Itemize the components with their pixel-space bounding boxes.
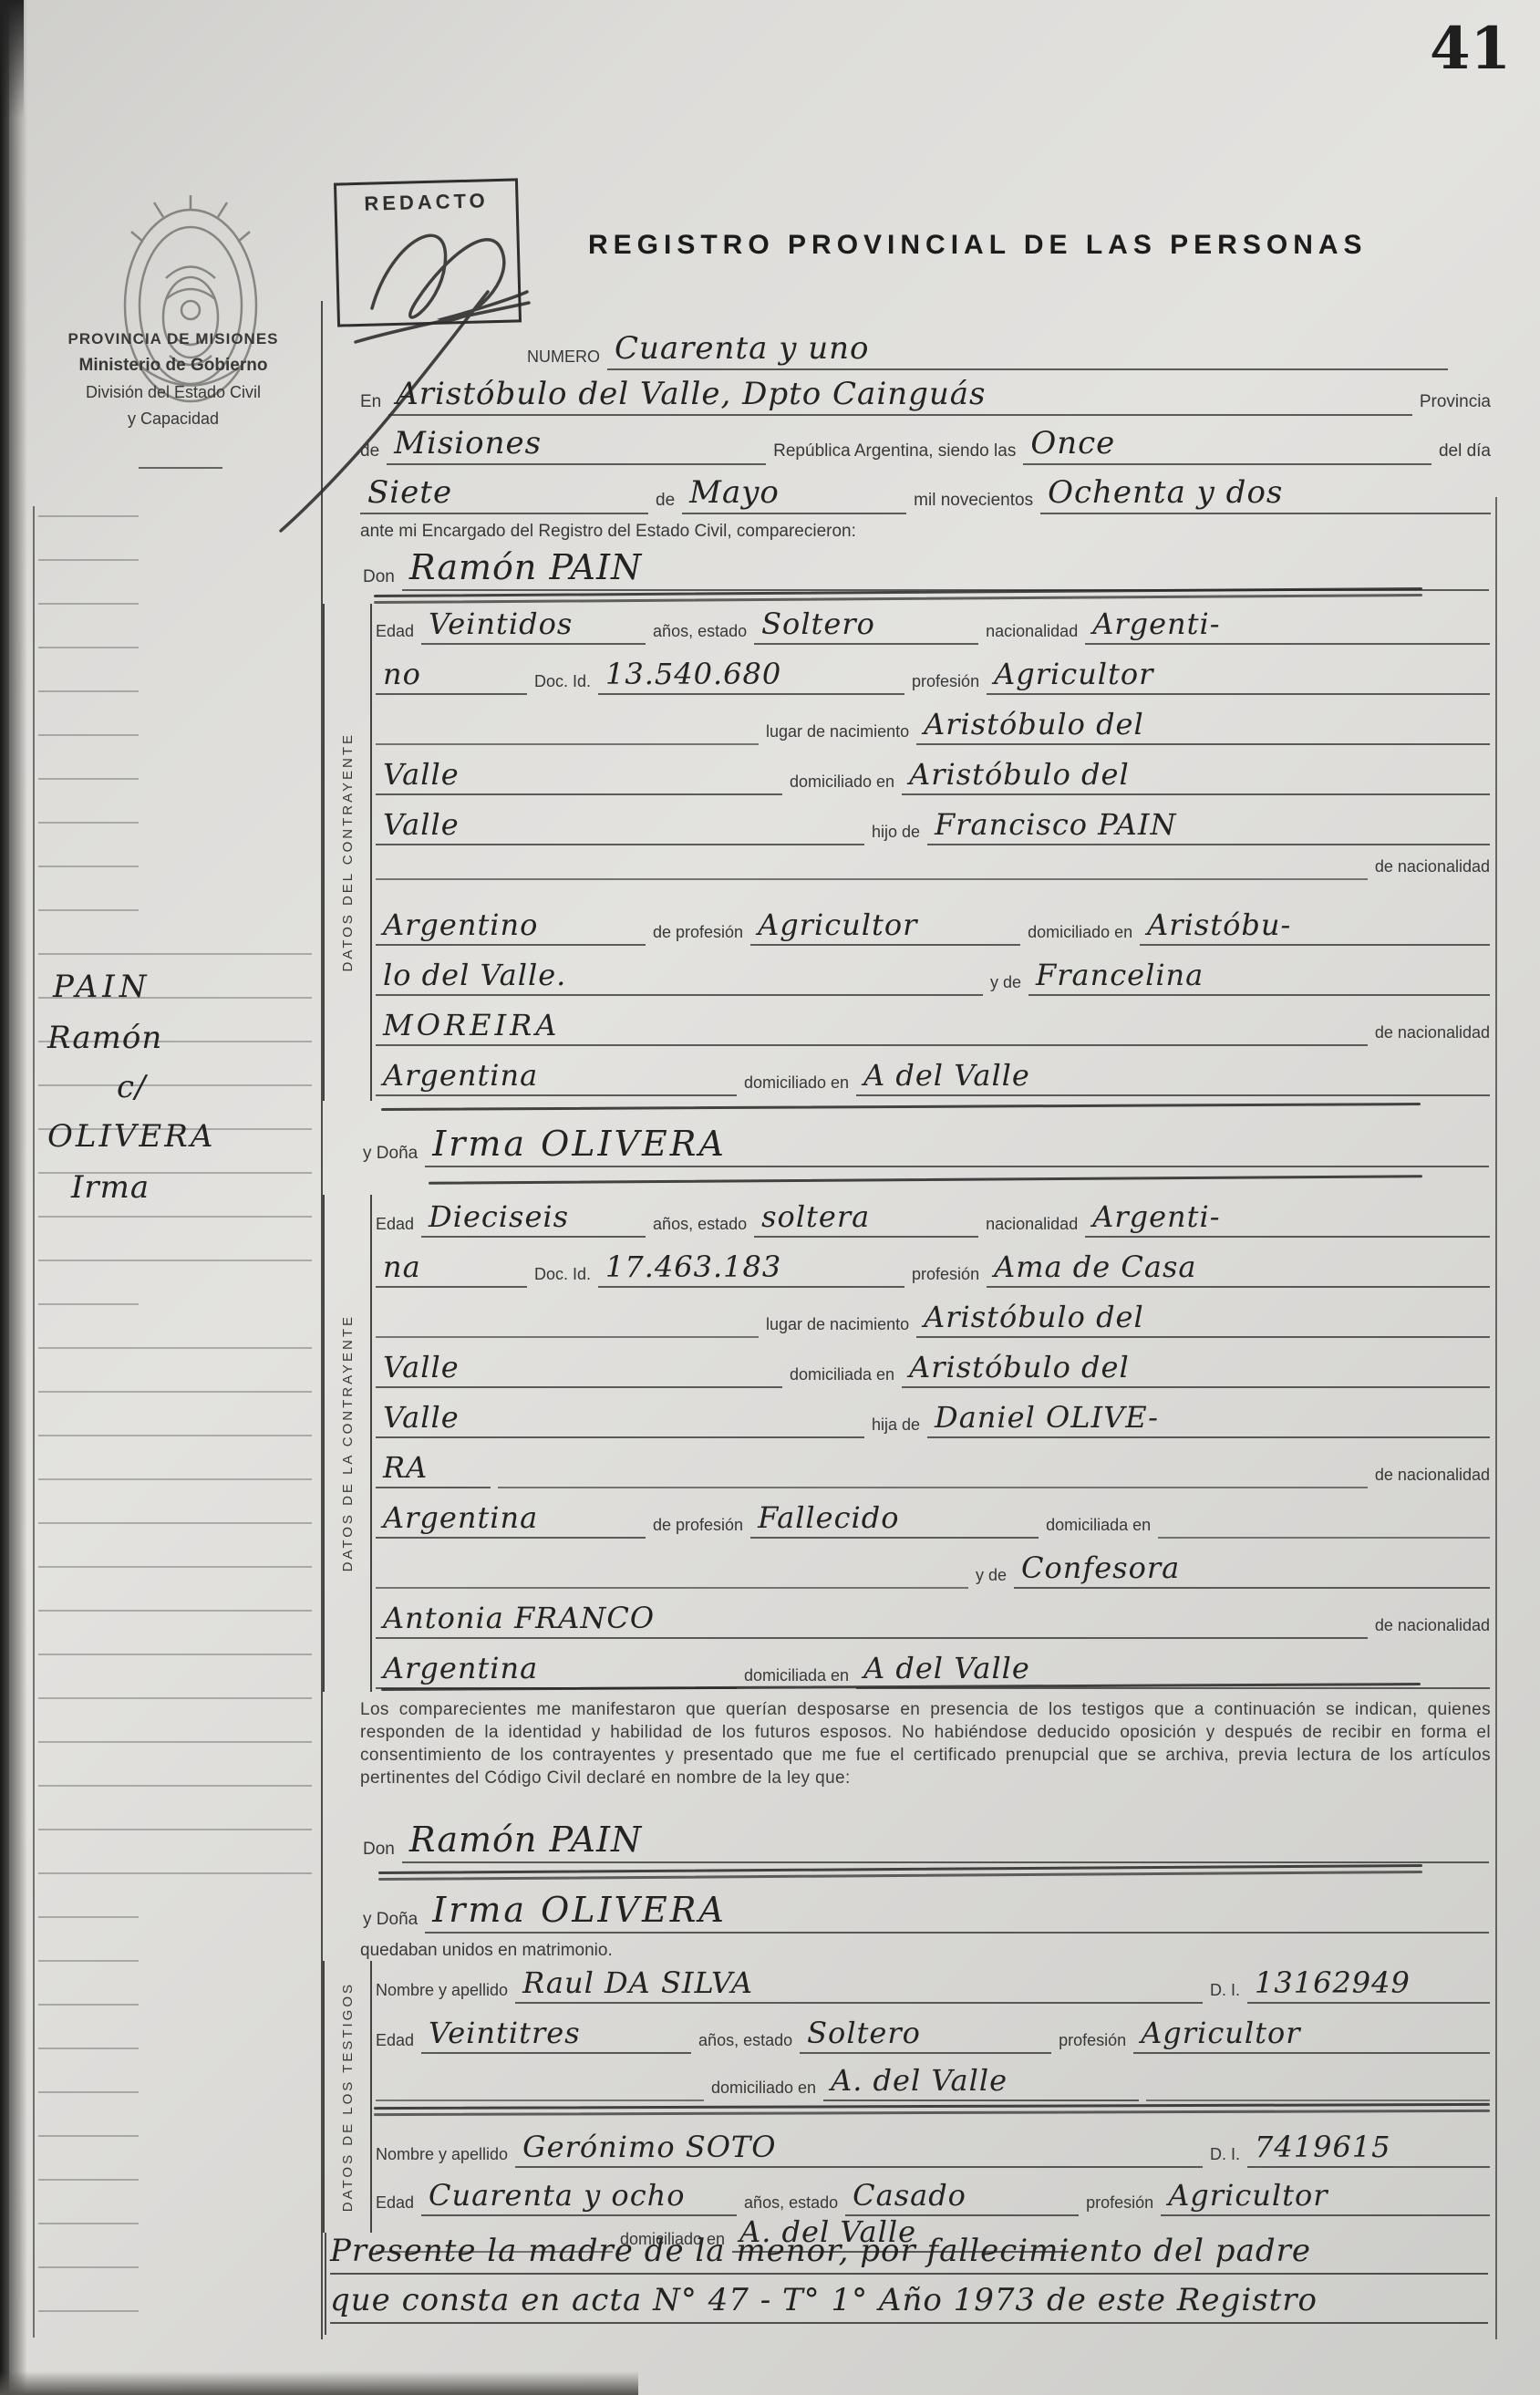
witness1-name-value: Raul DA SILVA: [515, 1965, 1203, 2004]
edad-label: Edad: [376, 2193, 414, 2213]
marginal-note-line-1: Presente la madre de la menor, por falle…: [330, 2233, 1488, 2275]
margin-rule-line: [38, 822, 139, 824]
bride-domicilio-cont: Valle: [376, 1400, 864, 1438]
witness1-di-value: 13162949: [1247, 1965, 1490, 2004]
profesion-label: profesión: [912, 1265, 979, 1284]
margin-rule-line: [38, 1785, 312, 1787]
margin-rule-line: [38, 1566, 312, 1568]
margin-rule-line: [38, 2179, 139, 2181]
witness1-estado-value: Soltero: [800, 2016, 1051, 2054]
estado-label: años, estado: [698, 2031, 792, 2050]
lugar-nacimiento-label: lugar de nacimiento: [766, 1315, 909, 1334]
groom-row-domicilio: Valle domiciliado en Aristóbulo del: [376, 757, 1490, 795]
bride-doc-value: 17.463.183: [598, 1249, 904, 1288]
bride-nacionalidad-cont: na: [376, 1249, 527, 1288]
groom-doc-value: 13.540.680: [598, 657, 904, 695]
margin-rule-line: [38, 1478, 312, 1480]
margin-rule-line: [38, 2266, 139, 2268]
bride-nacimiento-cont: Valle: [376, 1350, 782, 1388]
witness1-row-name: Nombre y apellido Raul DA SILVA D. I. 13…: [376, 1965, 1490, 2004]
bride-madre-value: Confesora: [1014, 1550, 1490, 1589]
month-value: Mayo: [682, 474, 906, 514]
side-label-bride-text: DATOS DE LA CONTRAYENTE: [340, 1314, 356, 1571]
groom-estado-value: Soltero: [754, 607, 978, 645]
margin-rule-line: [38, 1697, 312, 1699]
margin-border: [33, 506, 35, 2338]
bride-name-value: Irma OLIVERA: [425, 1124, 1489, 1167]
margin-rule-line: [38, 1741, 312, 1743]
blank-rule: [376, 871, 1368, 880]
groom-madre-value: Francelina: [1028, 958, 1490, 996]
note-left-border: [325, 2233, 326, 2335]
margin-name-given-groom: Ramón: [47, 1020, 162, 1056]
groom-domicilio-cont: Valle: [376, 807, 864, 845]
groom-domicilio-value: Aristóbulo del: [902, 757, 1490, 795]
margin-rule-line: [38, 1435, 312, 1436]
estado-label: años, estado: [653, 622, 747, 641]
nacionalidad-label: nacionalidad: [986, 622, 1078, 641]
nombre-apellido-label: Nombre y apellido: [376, 1981, 508, 2000]
domiciliado-label: domiciliado en: [711, 2079, 816, 2098]
de-nacionalidad-label: de nacionalidad: [1375, 1466, 1490, 1485]
domiciliado-label: domiciliado en: [744, 1073, 849, 1093]
bride-nacionalidad-value: Argenti-: [1085, 1199, 1490, 1238]
witness2-edad-value: Cuarenta y ocho: [421, 2178, 737, 2216]
margin-rule-line: [38, 515, 139, 517]
groom-row-padre-datos: Argentino de profesión Agricultor domici…: [376, 907, 1490, 946]
nombre-apellido-label: Nombre y apellido: [376, 2145, 508, 2164]
margin-rule-line: [38, 953, 312, 955]
nacionalidad-label: nacionalidad: [986, 1215, 1078, 1234]
binding-edge: [0, 0, 9, 2395]
declared-groom-value: Ramón PAIN: [402, 1820, 1489, 1863]
margin-rule-line: [38, 1084, 312, 1086]
witness1-edad-value: Veintitres: [421, 2016, 691, 2054]
office-line-3: División del Estado Civil: [36, 383, 310, 402]
groom-row-doc: no Doc. Id. 13.540.680 profesión Agricul…: [376, 657, 1490, 695]
groom-row-madre-dom: Argentina domiciliado en A del Valle: [376, 1058, 1490, 1096]
bride-estado-value: soltera: [754, 1199, 978, 1238]
groom-nacimiento-value: Aristóbulo del: [916, 707, 1490, 745]
groom-row-nac-padre: de nacionalidad: [376, 857, 1490, 880]
margin-rule-line: [38, 1916, 139, 1918]
profesion-label: profesión: [912, 672, 979, 691]
doc-id-label: Doc. Id.: [534, 1265, 591, 1284]
estado-label: años, estado: [744, 2193, 838, 2213]
margin-rule-line: [38, 559, 139, 561]
provincia-label: Provincia: [1420, 392, 1491, 412]
edad-label: Edad: [376, 1215, 414, 1234]
groom-nacimiento-cont: Valle: [376, 757, 782, 795]
bride-row-padre: Valle hija de Daniel OLIVE-: [376, 1400, 1490, 1438]
ante-mi-label: ante mi Encargado del Registro del Estad…: [360, 522, 856, 542]
margin-rule-line: [38, 2091, 139, 2093]
groom-madre-apellido: MOREIRA: [376, 1008, 1368, 1046]
en-label: En: [360, 392, 381, 412]
margin-name-surname-groom: PAIN: [53, 969, 151, 1005]
di-label: D. I.: [1210, 2145, 1240, 2164]
bride-row-madre: y de Confesora: [376, 1550, 1490, 1589]
declaration-paragraph: Los comparecientes me manifestaron que q…: [360, 1698, 1491, 1789]
padre-domicilio-value: Aristóbu-: [1140, 907, 1490, 946]
office-line-4: y Capacidad: [36, 410, 310, 429]
del-dia-label: del día: [1439, 441, 1491, 461]
day-value: Siete: [360, 474, 648, 514]
bride-edad-value: Dieciseis: [421, 1199, 646, 1238]
groom-profesion-value: Agricultor: [987, 657, 1490, 695]
witness2-estado-value: Casado: [845, 2178, 1079, 2216]
witness1-profesion-value: Agricultor: [1133, 2016, 1490, 2054]
field-declared-groom: Don Ramón PAIN: [363, 1820, 1489, 1863]
side-label-groom: DATOS DEL CONTRAYENTE: [323, 604, 372, 1101]
margin-name-versus: c/: [117, 1069, 147, 1105]
field-place: En Aristóbulo del Valle, Dpto Cainguás P…: [360, 376, 1491, 416]
de-nacionalidad-label: de nacionalidad: [1375, 1616, 1490, 1635]
groom-padre-value: Francisco PAIN: [927, 807, 1490, 845]
groom-nacionalidad-cont: no: [376, 657, 527, 695]
de-nacionalidad-label: de nacionalidad: [1375, 857, 1490, 876]
side-label-groom-text: DATOS DEL CONTRAYENTE: [340, 732, 356, 971]
republica-label: República Argentina, siendo las: [773, 441, 1016, 461]
witness-separator: [374, 2103, 1490, 2110]
numero-value: Cuarenta y uno: [607, 330, 1448, 370]
margin-rule-line: [38, 1522, 312, 1524]
margin-rule-line: [38, 2223, 139, 2224]
domiciliado-label: domiciliado en: [1028, 923, 1132, 942]
form-right-border: [1495, 497, 1497, 2339]
marginal-note-line-2: que consta en acta N° 47 - T° 1° Año 197…: [330, 2282, 1488, 2324]
y-dona-label: y Doña: [363, 1144, 418, 1164]
edad-label: Edad: [376, 2031, 414, 2050]
margin-rule-line: [38, 1347, 312, 1349]
de2-label: de: [656, 491, 675, 511]
bride-row-edad: Edad Dieciseis años, estado soltera naci…: [376, 1199, 1490, 1238]
groom-edad-value: Veintidos: [421, 607, 646, 645]
hija-de-label: hija de: [872, 1415, 920, 1435]
page-number: 41: [1430, 15, 1511, 83]
office-line-1: PROVINCIA DE MISIONES: [36, 330, 310, 348]
blank-rule: [1158, 1529, 1490, 1539]
field-date: Siete de Mayo mil novecientos Ochenta y …: [360, 474, 1491, 514]
bride-row-padre-datos: Argentina de profesión Fallecido domicil…: [376, 1500, 1490, 1539]
profesion-label: profesión: [1086, 2193, 1153, 2213]
bride-madre-apellido: Antonia FRANCO: [376, 1601, 1368, 1639]
scribble-stroke: [429, 1175, 1422, 1185]
side-label-witnesses: DATOS DE LOS TESTIGOS: [323, 1961, 372, 2233]
margin-rule-line: [38, 1391, 312, 1393]
domiciliado-label: domiciliado en: [790, 772, 894, 792]
place-value: Aristóbulo del Valle, Dpto Cainguás: [388, 376, 1412, 416]
madre-nacionalidad-value: Argentina: [376, 1651, 737, 1689]
estado-label: años, estado: [653, 1215, 747, 1234]
bride-row-nac-padre: RA de nacionalidad: [376, 1450, 1490, 1488]
y-de-label: y de: [976, 1566, 1007, 1585]
padre-profesion-value: Fallecido: [750, 1500, 1039, 1539]
scribble-stroke: [378, 1864, 1422, 1874]
groom-row-madre: lo del Valle. y de Francelina: [376, 958, 1490, 996]
province-value: Misiones: [387, 425, 766, 465]
bride-padre-cont: RA: [376, 1450, 491, 1488]
witness1-row-domicilio: domiciliado en A. del Valle: [376, 2063, 1490, 2101]
margin-rule-line: [38, 1654, 312, 1655]
blank-rule: [498, 1479, 1368, 1488]
witness1-domicilio-value: A. del Valle: [823, 2063, 1139, 2101]
field-numero: NUMERO Cuarenta y uno: [527, 330, 1448, 370]
margin-rule-line: [38, 734, 139, 736]
groom-row-padre: Valle hijo de Francisco PAIN: [376, 807, 1490, 845]
united-label: quedaban unidos en matrimonio.: [360, 1941, 613, 1961]
margin-rule-line: [38, 1216, 312, 1218]
padre-nacionalidad-value: Argentino: [376, 907, 646, 946]
witness2-row-edad: Edad Cuarenta y ocho años, estado Casado…: [376, 2178, 1490, 2216]
padre-profesion-value: Agricultor: [750, 907, 1020, 946]
numero-label: NUMERO: [527, 347, 600, 367]
blank-rule: [1146, 2092, 1490, 2101]
groom-name-value: Ramón PAIN: [402, 547, 1489, 591]
edad-label: Edad: [376, 622, 414, 641]
margin-rule-line: [38, 690, 139, 692]
margin-rule-line: [38, 603, 139, 605]
groom-row-madre2: MOREIRA de nacionalidad: [376, 1008, 1490, 1046]
padre-domicilio-cont: lo del Valle.: [376, 958, 983, 996]
side-label-witnesses-text: DATOS DE LOS TESTIGOS: [340, 1982, 356, 2212]
witness2-name-value: Gerónimo SOTO: [515, 2130, 1203, 2168]
bride-row-nacimiento: lugar de nacimiento Aristóbulo del: [376, 1300, 1490, 1338]
office-line-2: Ministerio de Gobierno: [36, 356, 310, 376]
witness2-row-name: Nombre y apellido Gerónimo SOTO D. I. 74…: [376, 2130, 1490, 2168]
di-label: D. I.: [1210, 1981, 1240, 2000]
lugar-nacimiento-label: lugar de nacimiento: [766, 722, 909, 741]
margin-rule-line: [38, 2135, 139, 2137]
de-profesion-label: de profesión: [653, 923, 743, 942]
margin-rule-line: [38, 866, 139, 867]
office-rule: [139, 467, 222, 469]
scanned-document-page: 41 REDACTO REGISTRO PROVINCIAL DE LAS PE…: [0, 0, 1540, 2395]
madre-nacionalidad-value: Argentina: [376, 1058, 737, 1096]
corner-shadow: [0, 0, 24, 119]
margin-rule-line: [38, 2004, 139, 2006]
groom-nacionalidad-value: Argenti-: [1085, 607, 1490, 645]
witness1-row-edad: Edad Veintitres años, estado Soltero pro…: [376, 2016, 1490, 2054]
blank-rule: [376, 736, 759, 745]
y-de-label: y de: [990, 973, 1021, 992]
declared-bride-value: Irma OLIVERA: [425, 1890, 1489, 1934]
don-label: Don: [363, 567, 395, 587]
domiciliada-label: domiciliada en: [1046, 1516, 1151, 1535]
margin-rule-line: [38, 778, 139, 780]
bride-domicilio-value: Aristóbulo del: [902, 1350, 1490, 1388]
side-label-bride: DATOS DE LA CONTRAYENTE: [323, 1195, 372, 1692]
don-label: Don: [363, 1840, 395, 1860]
witness2-di-value: 7419615: [1247, 2130, 1490, 2168]
witness2-profesion-value: Agricultor: [1161, 2178, 1490, 2216]
bride-padre-value: Daniel OLIVE-: [927, 1400, 1490, 1438]
y-dona-label: y Doña: [363, 1910, 418, 1930]
profesion-label: profesión: [1059, 2031, 1126, 2050]
doc-id-label: Doc. Id.: [534, 672, 591, 691]
bride-row-doc: na Doc. Id. 17.463.183 profesión Ama de …: [376, 1249, 1490, 1288]
margin-rule-line: [38, 1872, 312, 1874]
margin-name-surname-bride: OLIVERA: [47, 1118, 215, 1155]
margin-rule-line: [38, 2310, 139, 2312]
de-profesion-label: de profesión: [653, 1516, 743, 1535]
de-label: de: [360, 441, 379, 461]
bottom-edge-shadow: [0, 2371, 638, 2395]
margin-rule-line: [38, 2048, 139, 2049]
field-bride-name: y Doña Irma OLIVERA: [363, 1124, 1489, 1167]
blank-rule: [376, 1580, 968, 1589]
de-nacionalidad-label: de nacionalidad: [1375, 1023, 1490, 1042]
domiciliada-label: domiciliada en: [744, 1666, 849, 1685]
margin-rule-line: [38, 647, 139, 648]
bride-nacimiento-value: Aristóbulo del: [916, 1300, 1490, 1338]
margin-rule-line: [38, 909, 139, 911]
margin-name-given-bride: Irma: [71, 1169, 150, 1206]
bride-row-domicilio: Valle domiciliada en Aristóbulo del: [376, 1350, 1490, 1388]
field-declared-bride: y Doña Irma OLIVERA: [363, 1890, 1489, 1934]
year-value: Ochenta y dos: [1040, 474, 1491, 514]
hijo-de-label: hijo de: [872, 823, 920, 842]
bride-profesion-value: Ama de Casa: [987, 1249, 1490, 1288]
domiciliada-label: domiciliada en: [790, 1365, 894, 1384]
field-province: de Misiones República Argentina, siendo …: [360, 425, 1491, 465]
blank-rule: [376, 1329, 759, 1338]
madre-domicilio-value: A del Valle: [856, 1058, 1490, 1096]
hour-value: Once: [1023, 425, 1431, 465]
margin-rule-line: [38, 1610, 312, 1612]
bride-row-madre2: Antonia FRANCO de nacionalidad: [376, 1601, 1490, 1639]
margin-rule-line: [38, 1829, 312, 1830]
mil-novecientos-label: mil novecientos: [914, 491, 1033, 511]
scribble-stroke: [381, 1103, 1421, 1111]
padre-nacionalidad-value: Argentina: [376, 1500, 646, 1539]
margin-rule-line: [38, 1303, 139, 1305]
document-title: REGISTRO PROVINCIAL DE LAS PERSONAS: [588, 230, 1409, 261]
field-groom-name: Don Ramón PAIN: [363, 547, 1489, 591]
blank-rule: [376, 2092, 704, 2101]
groom-row-nacimiento: lugar de nacimiento Aristóbulo del: [376, 707, 1490, 745]
margin-rule-line: [38, 1960, 139, 1962]
margin-rule-line: [38, 1260, 312, 1261]
groom-row-edad: Edad Veintidos años, estado Soltero naci…: [376, 607, 1490, 645]
office-name-block: PROVINCIA DE MISIONES Ministerio de Gobi…: [36, 330, 310, 429]
